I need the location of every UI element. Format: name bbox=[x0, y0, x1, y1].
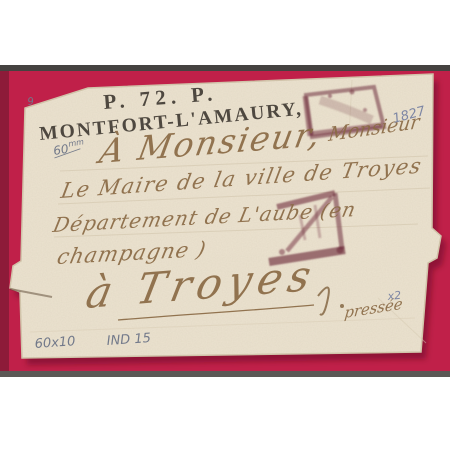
pencil-dimensions: 60x10 bbox=[34, 334, 76, 352]
pencil-indice: IND 15 bbox=[106, 331, 151, 349]
white-margin-bottom bbox=[0, 377, 450, 450]
stamp-speck bbox=[337, 247, 344, 254]
stamp-speck bbox=[350, 90, 355, 95]
photo-left-edge-shade bbox=[0, 71, 9, 371]
letter-cover: P. 72. P. MONTFORT-L'AMAURY, bbox=[0, 60, 450, 370]
white-margin-top bbox=[0, 0, 450, 65]
stamp-speck bbox=[363, 108, 367, 112]
photo-canvas: P. 72. P. MONTFORT-L'AMAURY, bbox=[0, 0, 450, 450]
ink-dot bbox=[340, 304, 344, 308]
photo-top-bar bbox=[0, 65, 450, 71]
pencil-multiplier: x2 bbox=[386, 289, 402, 303]
stamp-speck bbox=[328, 94, 332, 98]
photo-bottom-bar bbox=[0, 371, 450, 377]
listing-photo: P. 72. P. MONTFORT-L'AMAURY, bbox=[0, 0, 450, 450]
